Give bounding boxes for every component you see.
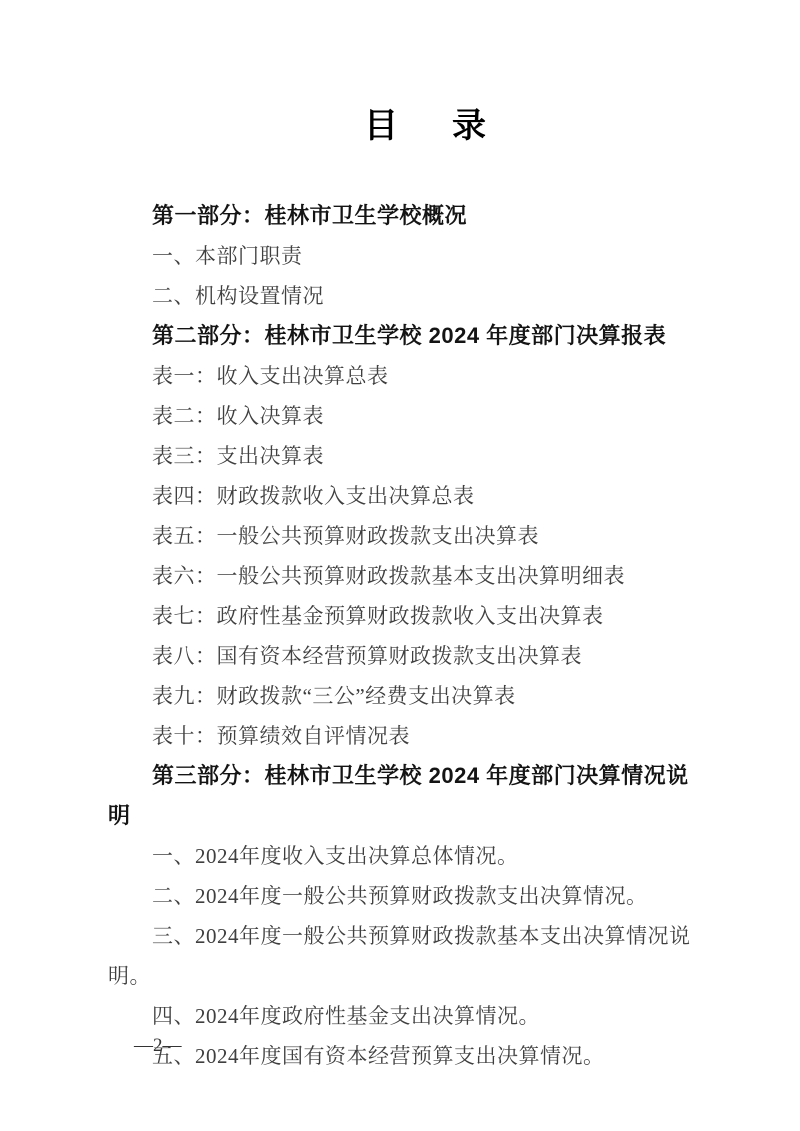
toc-item: 表九：财政拨款“三公”经费支出决算表 <box>108 676 702 716</box>
toc-item: 表一：收入支出决算总表 <box>108 356 702 396</box>
page-title: 目 录 <box>0 108 800 144</box>
toc-item: 表十：预算绩效自评情况表 <box>108 716 702 756</box>
toc-item: 表六：一般公共预算财政拨款基本支出决算明细表 <box>108 556 702 596</box>
toc-item: 表五：一般公共预算财政拨款支出决算表 <box>108 516 702 556</box>
section-2-heading: 第二部分：桂林市卫生学校 2024 年度部门决算报表 <box>108 316 702 356</box>
toc-item: 表七：政府性基金预算财政拨款收入支出决算表 <box>108 596 702 636</box>
section-3-heading: 第三部分：桂林市卫生学校 2024 年度部门决算情况说明 <box>108 756 702 836</box>
page-title-char-1: 目 <box>364 108 398 144</box>
table-of-contents: 第一部分：桂林市卫生学校概况 一、本部门职责 二、机构设置情况 第二部分：桂林市… <box>108 196 702 1076</box>
page-number: —2— <box>134 1034 182 1058</box>
toc-item: 二、机构设置情况 <box>108 276 702 316</box>
toc-item: 表八：国有资本经营预算财政拨款支出决算表 <box>108 636 702 676</box>
toc-item: 四、2024年度政府性基金支出决算情况。 <box>108 996 702 1036</box>
document-page: 目 录 第一部分：桂林市卫生学校概况 一、本部门职责 二、机构设置情况 第二部分… <box>0 0 800 1131</box>
toc-item: 二、2024年度一般公共预算财政拨款支出决算情况。 <box>108 876 702 916</box>
toc-item: 三、2024年度一般公共预算财政拨款基本支出决算情况说明。 <box>108 916 702 996</box>
toc-item: 一、本部门职责 <box>108 236 702 276</box>
toc-item: 一、2024年度收入支出决算总体情况。 <box>108 836 702 876</box>
page-title-char-2: 录 <box>452 108 486 144</box>
toc-item: 表二：收入决算表 <box>108 396 702 436</box>
toc-item: 表三：支出决算表 <box>108 436 702 476</box>
section-1-heading: 第一部分：桂林市卫生学校概况 <box>108 196 702 236</box>
toc-item: 五、2024年度国有资本经营预算支出决算情况。 <box>108 1036 702 1076</box>
toc-item: 表四：财政拨款收入支出决算总表 <box>108 476 702 516</box>
